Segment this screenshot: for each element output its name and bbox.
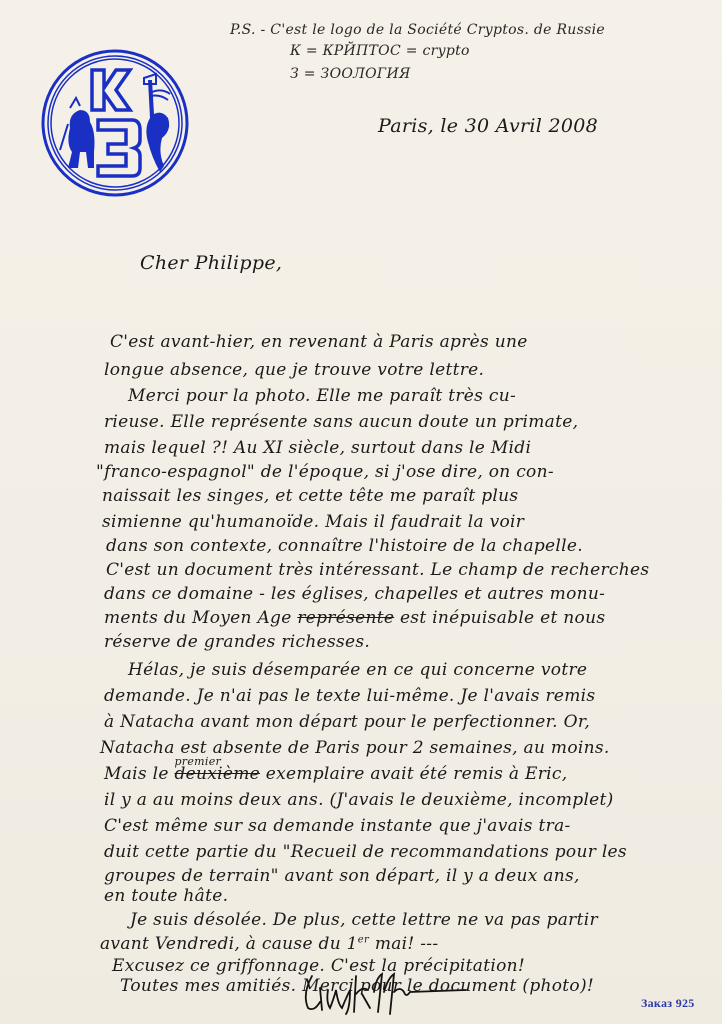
body-line: simienne qu'humanoïde. Mais il faudrait …	[102, 512, 524, 532]
body-line: longue absence, que je trouve votre lett…	[104, 360, 484, 380]
struck-word: représente	[297, 608, 394, 628]
body-line-with-date: avant Vendredi, à cause du 1er mai! ---	[100, 934, 438, 954]
postscript-line-1: P.S. - C'est le logo de la Société Crypt…	[230, 22, 605, 38]
body-line: mais lequel ?! Au XI siècle, surtout dan…	[104, 438, 531, 458]
kz-logo-icon	[40, 48, 190, 198]
inserted-word: premier	[174, 755, 221, 768]
body-line: demande. Je n'ai pas le texte lui-même. …	[104, 686, 595, 706]
body-text: est inépuisable et nous	[400, 608, 605, 628]
letter-date: Paris, le 30 Avril 2008	[378, 115, 598, 137]
body-text: Mais le	[104, 764, 169, 784]
body-line: naissait les singes, et cette tête me pa…	[102, 486, 518, 506]
body-line: C'est même sur sa demande instante que j…	[104, 816, 571, 836]
body-line: Hélas, je suis désemparée en ce qui conc…	[128, 660, 587, 680]
body-line: C'est avant-hier, en revenant à Paris ap…	[110, 332, 528, 352]
body-line-with-strike: ments du Moyen Age représente est inépui…	[104, 608, 605, 628]
postscript-line-2: К = КРЙПТОС = crypto	[290, 43, 470, 59]
body-line: Merci pour la photo. Elle me paraît très…	[128, 386, 516, 406]
letter-greeting: Cher Philippe,	[140, 252, 282, 274]
body-line: "franco-espagnol" de l'époque, si j'ose …	[96, 462, 554, 482]
body-text: mai! ---	[375, 934, 439, 954]
body-text: exemplaire avait été remis à Eric,	[266, 764, 568, 784]
body-text: 1	[347, 934, 358, 954]
body-line: dans ce domaine - les églises, chapelles…	[104, 584, 605, 604]
body-text: ments du Moyen Age	[104, 608, 292, 628]
body-line: dans son contexte, connaître l'histoire …	[106, 536, 583, 556]
body-line: en toute hâte.	[104, 886, 228, 906]
body-line: groupes de terrain" avant son départ, il…	[104, 866, 580, 886]
order-stamp: Заказ 925	[641, 996, 695, 1011]
body-line: rieuse. Elle représente sans aucun doute…	[104, 412, 578, 432]
body-line-with-correction: Mais le premier deuxième exemplaire avai…	[104, 764, 567, 784]
postscript-line-3: З = ЗООЛОГИЯ	[290, 66, 411, 82]
body-line: à Natacha avant mon départ pour le perfe…	[104, 712, 590, 732]
body-line: Je suis désolée. De plus, cette lettre n…	[130, 910, 598, 930]
superscript: er	[358, 934, 369, 945]
body-line: C'est un document très intéressant. Le c…	[106, 560, 649, 580]
body-line: il y a au moins deux ans. (J'avais le de…	[104, 790, 614, 810]
letter-page: P.S. - C'est le logo de la Société Crypt…	[0, 0, 722, 1024]
body-line: duit cette partie du "Recueil de recomma…	[104, 842, 627, 862]
body-line: réserve de grandes richesses.	[104, 632, 370, 652]
body-text: avant Vendredi, à cause du	[100, 934, 341, 954]
signature-icon	[298, 968, 468, 1016]
